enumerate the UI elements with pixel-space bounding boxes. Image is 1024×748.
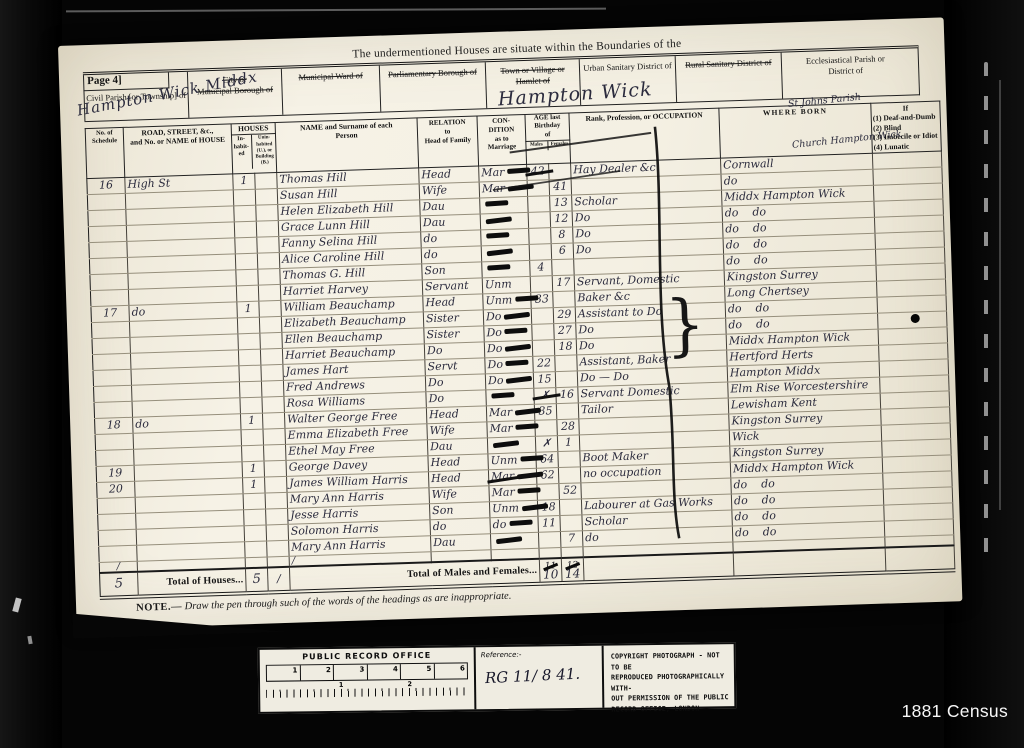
reference-label: Reference:- xyxy=(481,650,597,659)
ink-strike-mark xyxy=(505,344,531,352)
cell-inhabited xyxy=(238,333,261,350)
cell-relation: Servt xyxy=(425,358,485,376)
cell-inhabited xyxy=(239,381,262,398)
copyright-line: COPYRIGHT PHOTOGRAPH - NOT TO BE xyxy=(611,650,730,673)
cell-inhabited xyxy=(241,445,264,462)
cell-inhabited xyxy=(237,317,260,334)
col-occupation: Rank, Profession, or OCCUPATION xyxy=(569,108,721,163)
cell-age-male xyxy=(530,276,553,293)
cell-uninhabited xyxy=(260,332,283,349)
cell-inhabited: 1 xyxy=(243,477,266,494)
col-condition: CON-DITION as toMarriage xyxy=(477,114,527,165)
stamp-reference-section: Reference:- RG 11/ 8 41. xyxy=(476,646,605,710)
cell-age-female xyxy=(555,355,578,372)
total-uninhabited-tick: ∕ xyxy=(267,567,290,593)
cell-condition xyxy=(480,212,528,230)
ink-strike-mark xyxy=(517,487,540,493)
cell-age-female: 18 xyxy=(554,339,577,356)
cell-relation: Sister xyxy=(424,326,484,344)
stamp-ruler-section: PUBLIC RECORD OFFICE 1 2 3 4 5 6 1 2 xyxy=(260,647,477,712)
cell-relation: do xyxy=(421,230,481,248)
cell-uninhabited xyxy=(261,380,284,397)
cell-age-male xyxy=(528,196,551,213)
ruler-tick-label: 2 xyxy=(407,680,412,688)
cell-inhabited xyxy=(245,541,268,558)
cell-condition xyxy=(482,260,530,278)
cell-condition: Unm xyxy=(482,276,530,294)
cell-age-male xyxy=(532,324,555,341)
cell-inhabited: 1 xyxy=(242,461,265,478)
cell-uninhabited xyxy=(259,316,282,333)
cell-schedule-no xyxy=(88,225,126,242)
cell-age-male xyxy=(528,212,551,229)
ink-strike-mark xyxy=(506,376,532,384)
stamp-ruler-boxes: 1 2 3 4 5 6 xyxy=(266,662,468,681)
form-header-cell: Rural Sanitary District of xyxy=(675,53,782,102)
cell-schedule-no xyxy=(87,193,125,210)
cell-age-female xyxy=(556,403,579,420)
cell-condition: Unm xyxy=(489,500,537,518)
cell-age-male: 11 xyxy=(538,515,561,532)
ruler-number: 5 xyxy=(401,664,435,679)
cell-inhabited xyxy=(234,205,257,222)
stamp-title: PUBLIC RECORD OFFICE xyxy=(266,650,468,661)
cell-inhabited xyxy=(235,237,258,254)
col-age: AGE lastBirthdayof MalesFemales xyxy=(525,113,571,164)
cell-inhabited: 1 xyxy=(237,301,260,318)
pro-stamp: PUBLIC RECORD OFFICE 1 2 3 4 5 6 1 2 Ref… xyxy=(258,642,737,714)
cell-uninhabited xyxy=(262,396,285,413)
cell-inhabited xyxy=(240,397,263,414)
cell-schedule-no xyxy=(90,289,128,306)
cell-relation: Son xyxy=(429,502,489,520)
cell-age-female: 41 xyxy=(549,179,572,196)
cell-schedule-no: 19 xyxy=(96,465,134,482)
cell-age-female: 29 xyxy=(553,307,576,324)
cell-blank xyxy=(561,547,583,558)
cell-age-female xyxy=(555,371,578,388)
cell-schedule-no xyxy=(92,353,130,370)
cell-uninhabited xyxy=(266,524,289,541)
note-label: NOTE.— xyxy=(136,601,182,613)
cell-uninhabited xyxy=(255,172,278,189)
cell-schedule-no: 20 xyxy=(97,481,135,498)
cell-uninhabited xyxy=(263,428,286,445)
cell-age-female: 6 xyxy=(551,243,574,260)
cell-schedule-no xyxy=(89,257,127,274)
cell-age-male xyxy=(531,308,554,325)
cell-relation: Servant xyxy=(422,278,482,296)
cell-condition: do xyxy=(490,516,538,534)
cell-uninhabited xyxy=(256,220,279,237)
cell-relation: Wife xyxy=(419,182,479,200)
cell-age-male xyxy=(535,419,558,436)
cell-schedule-no xyxy=(93,369,131,386)
cell-schedule-no xyxy=(92,337,130,354)
cell-condition xyxy=(480,196,528,214)
cell-uninhabited xyxy=(257,252,280,269)
col-schedule: No. ofSchedule xyxy=(85,127,125,178)
cell-uninhabited xyxy=(256,204,279,221)
ink-strike-mark xyxy=(486,216,512,224)
col-name: NAME and Surname of eachPerson xyxy=(275,118,419,172)
cell-age-male: ✗ xyxy=(535,435,558,452)
ruler-number: 6 xyxy=(434,663,467,678)
handwritten-ecclesiastical-line2: Church Hampton Wick xyxy=(791,125,922,152)
ruler-number: 1 xyxy=(267,665,301,680)
ink-strike-mark xyxy=(487,264,510,270)
cell-schedule-no xyxy=(91,321,129,338)
cell-uninhabited xyxy=(267,540,290,557)
cell-relation: Head xyxy=(428,470,488,488)
cell-inhabited xyxy=(244,525,267,542)
total-males-struck: 11 xyxy=(545,562,557,570)
cell-age-female: 1 xyxy=(557,435,580,452)
cell-schedule-no xyxy=(94,401,132,418)
film-caption: 1881 Census xyxy=(902,701,1008,722)
cell-age-male: 22 xyxy=(533,355,556,372)
cell-condition: Mar xyxy=(489,484,537,502)
ink-strike-mark xyxy=(487,248,513,256)
cell-inhabited xyxy=(241,429,264,446)
census-table-body: 16 High St 1 Thomas Hill Head Mar 42 Hay… xyxy=(87,151,954,562)
total-schedules: 5 xyxy=(100,572,139,598)
cell-inhabited xyxy=(235,253,258,270)
cell-condition: Mar xyxy=(487,420,535,438)
cell-relation: Sister xyxy=(423,310,483,328)
cell-uninhabited xyxy=(266,508,289,525)
cell-age-male: 42 xyxy=(527,164,550,181)
cell-schedule-no xyxy=(97,497,135,514)
ruler-tick-label: 1 xyxy=(339,681,344,689)
cell-age-female xyxy=(558,451,581,468)
handwritten-ecclesiastical-line1: St Johns Parish xyxy=(787,84,918,111)
ink-strike-mark xyxy=(485,200,508,206)
cell-uninhabited xyxy=(260,348,283,365)
total-males: 11 10 xyxy=(539,558,562,584)
copyright-line: OUT PERMISSION OF THE PUBLIC xyxy=(611,692,730,704)
cell-inhabited xyxy=(236,285,259,302)
cell-relation: Wife xyxy=(427,422,487,440)
header-field-label: Parliamentary Borough of xyxy=(380,66,485,80)
cell-schedule-no xyxy=(99,545,137,562)
cell-blank xyxy=(267,556,289,567)
cell-relation: Head xyxy=(426,406,486,424)
cell-schedule-no: 18 xyxy=(95,417,133,434)
cell-relation: Head xyxy=(428,454,488,472)
ink-strike-mark xyxy=(491,392,514,398)
cell-schedule-no xyxy=(98,529,136,546)
cell-age-female: 13 xyxy=(550,195,573,212)
cell-uninhabited xyxy=(262,412,285,429)
cell-uninhabited xyxy=(265,476,288,493)
cell-condition: Unm xyxy=(483,292,531,310)
cell-condition: Do xyxy=(485,372,533,390)
cell-uninhabited xyxy=(259,300,282,317)
cell-relation: Dau xyxy=(420,214,480,232)
cell-age-male xyxy=(538,531,561,548)
cell-relation: Dau xyxy=(431,534,491,552)
cell-inhabited xyxy=(236,269,259,286)
cell-inhabited xyxy=(244,509,267,526)
header-field-label: Rural Sanitary District of xyxy=(676,57,781,71)
cell-blank xyxy=(245,557,267,568)
census-sheet-content: The undermentioned Houses are situate wi… xyxy=(58,17,962,629)
cell-uninhabited xyxy=(263,444,286,461)
total-houses-label: Total of Houses... xyxy=(138,568,247,596)
cell-schedule-no: 16 xyxy=(87,177,125,194)
cell-age-male xyxy=(529,244,552,261)
header-field-label: Municipal Ward of xyxy=(282,70,379,84)
cell-relation: Head xyxy=(423,294,483,312)
cell-relation: Dau xyxy=(420,198,480,216)
cell-blank xyxy=(539,547,561,558)
cell-condition xyxy=(490,532,538,550)
cell-blank xyxy=(583,552,734,582)
film-scratch-top xyxy=(66,8,606,13)
handwritten-ecclesiastical-parish: St Johns Parish Church Hampton Wick xyxy=(784,57,925,180)
cell-age-female: 17 xyxy=(552,275,575,292)
film-scratch-right-2 xyxy=(999,80,1001,510)
cell-condition: Mar xyxy=(479,164,527,182)
reference-value: RG 11/ 8 41. xyxy=(485,664,598,687)
cell-relation: do xyxy=(430,518,490,536)
cell-condition xyxy=(481,228,529,246)
cell-age-female xyxy=(552,259,575,276)
cell-condition: Do xyxy=(485,356,533,374)
cell-relation: Do xyxy=(426,390,486,408)
cell-age-female xyxy=(559,499,582,516)
cell-condition: Do xyxy=(484,324,532,342)
cell-uninhabited xyxy=(257,236,280,253)
cell-blank xyxy=(885,545,955,572)
cell-age-female xyxy=(558,467,581,484)
col-houses: HOUSES In-habit-ed Unin-habited (U.), or… xyxy=(231,123,277,174)
ink-strike-mark xyxy=(496,536,522,544)
cell-condition: Mar xyxy=(479,180,527,198)
cell-age-female: 12 xyxy=(550,211,573,228)
form-header-band: Hampton Wick Middx Hampton Wick St Johns… xyxy=(83,45,920,122)
cell-condition: Do xyxy=(484,340,532,358)
cell-age-female: 7 xyxy=(560,531,583,548)
ruler-number: 4 xyxy=(367,664,401,679)
ink-strike-mark xyxy=(504,312,530,320)
cell-uninhabited xyxy=(261,364,284,381)
cell-relation: Head xyxy=(419,166,479,184)
cell-relation: do xyxy=(421,246,481,264)
cell-inhabited xyxy=(239,365,262,382)
cell-age-male: ✗ xyxy=(534,387,557,404)
ink-strike-mark xyxy=(493,440,519,448)
cell-age-male: 4 xyxy=(530,260,553,277)
cell-condition: Unm xyxy=(488,452,536,470)
cell-relation: Son xyxy=(422,262,482,280)
film-scratch-right xyxy=(984,62,988,562)
cell-uninhabited xyxy=(258,268,281,285)
cell-age-female: 52 xyxy=(559,483,582,500)
total-females: 12 14 xyxy=(561,557,584,583)
cell-age-female: 27 xyxy=(554,323,577,340)
form-header-cell: Municipal Ward of xyxy=(281,66,380,115)
cell-schedule-no xyxy=(95,433,133,450)
cell-blank xyxy=(733,547,886,577)
ink-strike-mark xyxy=(505,328,528,334)
copyright-line: REPRODUCED PHOTOGRAPHICALLY WITH- xyxy=(611,671,730,694)
cell-relation: Wife xyxy=(429,486,489,504)
copyright-line: RECORD OFFICE, LONDON xyxy=(611,703,730,715)
ink-strike-mark xyxy=(486,232,509,238)
cell-schedule-no xyxy=(98,513,136,530)
cell-condition xyxy=(487,436,535,454)
cell-relation: Do xyxy=(425,374,485,392)
cell-schedule-no xyxy=(96,449,134,466)
cell-condition: Mar xyxy=(486,404,534,422)
census-sheet: The undermentioned Houses are situate wi… xyxy=(58,17,962,629)
cell-inhabited: 1 xyxy=(233,173,256,190)
cell-schedule-no xyxy=(90,273,128,290)
cell-age-female: 8 xyxy=(551,227,574,244)
cell-age-male xyxy=(532,340,555,357)
cell-schedule-no xyxy=(89,241,127,258)
stamp-ruler-ticks: 1 2 xyxy=(266,681,468,698)
total-females-struck: 12 xyxy=(567,561,579,569)
cell-schedule-no xyxy=(88,209,126,226)
cell-age-female: 28 xyxy=(557,419,580,436)
cell-relation: Dau xyxy=(427,438,487,456)
cell-inhabited xyxy=(233,189,256,206)
cell-uninhabited xyxy=(258,284,281,301)
cell-condition: Do xyxy=(483,308,531,326)
col-relation: RELATIONtoHead of Family xyxy=(417,116,479,168)
col-road: ROAD, STREET, &c.,and No. or NAME of HOU… xyxy=(123,124,233,177)
cell-condition: Mar xyxy=(488,468,536,486)
form-header-cell: Parliamentary Borough of xyxy=(379,62,486,111)
cell-schedule-no xyxy=(94,385,132,402)
cell-inhabited xyxy=(238,349,261,366)
header-field-label: Urban Sanitary District of xyxy=(580,60,675,74)
ruler-number: 2 xyxy=(300,665,334,680)
cell-inhabited: 1 xyxy=(240,413,263,430)
cell-age-female xyxy=(560,515,583,532)
ink-strike-mark xyxy=(515,423,538,429)
cell-uninhabited xyxy=(255,188,278,205)
cell-inhabited xyxy=(243,493,266,510)
ruler-number: 3 xyxy=(334,665,368,680)
cell-condition xyxy=(481,244,529,262)
cell-inhabited xyxy=(234,221,257,238)
cell-uninhabited xyxy=(264,460,287,477)
cell-condition xyxy=(486,388,534,406)
cell-relation: Do xyxy=(424,342,484,360)
cell-age-male: 15 xyxy=(533,371,556,388)
microfilm-frame: { "form": { "top_line": "The undermentio… xyxy=(0,0,1024,748)
cell-age-male xyxy=(537,483,560,500)
cell-schedule-no: 17 xyxy=(91,305,129,322)
stamp-copyright-section: COPYRIGHT PHOTOGRAPH - NOT TO BE REPRODU… xyxy=(604,644,735,708)
cell-age-female xyxy=(553,291,576,308)
ink-strike-mark xyxy=(506,360,529,366)
cell-uninhabited xyxy=(265,492,288,509)
cell-age-male xyxy=(529,228,552,245)
ink-strike-mark xyxy=(509,520,532,526)
total-houses-value: 5 xyxy=(245,567,268,593)
